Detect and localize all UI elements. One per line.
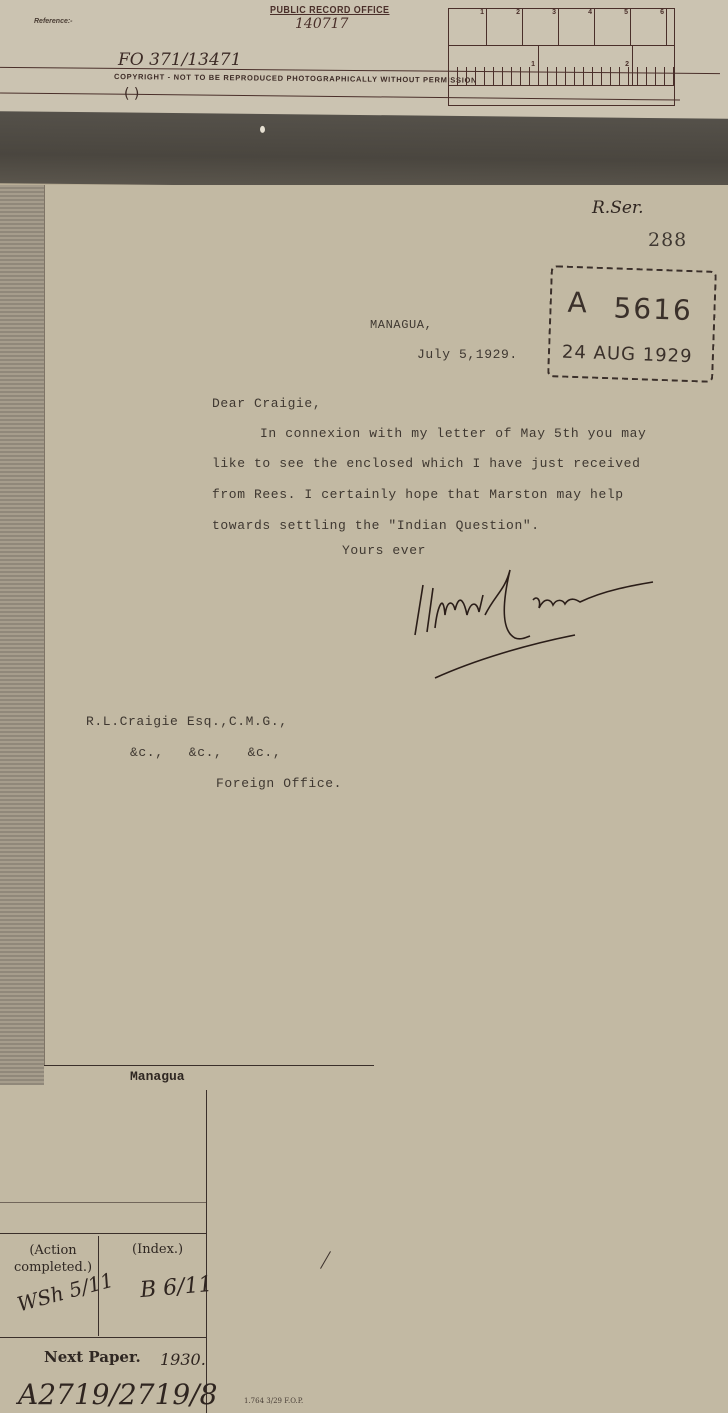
signature	[405, 560, 665, 685]
body-line-4: towards settling the "Indian Question".	[212, 518, 540, 533]
docket-box-bottom-rule	[0, 1337, 206, 1338]
bracket-mark: ( )	[124, 86, 139, 102]
stamp-prefix: A	[567, 286, 587, 320]
copyright-notice: COPYRIGHT - NOT TO BE REPRODUCED PHOTOGR…	[114, 72, 477, 85]
letter-date: July 5,1929.	[417, 347, 518, 362]
ruler-cm-5: 5	[595, 9, 631, 45]
folio-number: 288	[648, 229, 687, 251]
docket-mid-rule	[0, 1202, 206, 1203]
punch-hole	[260, 126, 265, 133]
salutation: Dear Craigie,	[212, 396, 321, 411]
scale-ruler: 1 2 3 4 5 6 1 2	[448, 8, 675, 106]
ruler-ticks	[449, 67, 674, 85]
addressee-etc: &c., &c., &c.,	[130, 745, 281, 760]
addressee-name: R.L.Craigie Esq.,C.M.G.,	[86, 714, 288, 729]
next-paper-label: Next Paper.	[44, 1348, 141, 1366]
letter-place: MANAGUA,	[370, 318, 432, 332]
docket-origin: Managua	[130, 1069, 185, 1084]
paper-left-fold	[44, 185, 45, 1065]
stamp-date: 24 AUG 1929	[562, 342, 693, 368]
body-line-2: like to see the enclosed which I have ju…	[212, 456, 640, 471]
office-number: 140717	[295, 16, 348, 32]
annotation-initials: R.Ser.	[592, 198, 644, 218]
addressee-office: Foreign Office.	[216, 776, 342, 791]
body-line-3: from Rees. I certainly hope that Marston…	[212, 487, 624, 502]
next-paper-year: 1930.	[160, 1350, 206, 1369]
office-title: PUBLIC RECORD OFFICE	[270, 5, 390, 16]
index-label: (Index.)	[132, 1242, 183, 1257]
paper-left-edge-shadow	[0, 185, 44, 1085]
stamp-number: 5616	[613, 291, 693, 327]
ruler-cm-1: 1	[449, 9, 487, 45]
reference-slip: Reference:- PUBLIC RECORD OFFICE 140717 …	[0, 0, 728, 122]
action-completed-label: (Action completed.)	[8, 1242, 98, 1276]
docket-box-top-rule	[0, 1233, 206, 1234]
file-reference: FO 371/13471	[118, 50, 241, 70]
body-line-1: In connexion with my letter of May 5th y…	[260, 426, 646, 441]
next-paper-reference: A2719/2719/8	[18, 1378, 217, 1411]
ruler-cm-4: 4	[559, 9, 595, 45]
docket-top-rule	[44, 1065, 374, 1066]
ruler-cm-6: 6	[631, 9, 667, 45]
print-code: 1.764 3/29 F.O.P.	[244, 1397, 303, 1405]
closing: Yours ever	[342, 543, 426, 558]
reference-label: Reference:-	[34, 18, 73, 25]
dark-backing-band	[0, 111, 728, 191]
docket-vertical-rule	[206, 1090, 207, 1413]
ruler-cm-3: 3	[523, 9, 559, 45]
ruler-cm-2: 2	[487, 9, 523, 45]
registry-stamp: A 5616 24 AUG 1929	[547, 265, 717, 383]
